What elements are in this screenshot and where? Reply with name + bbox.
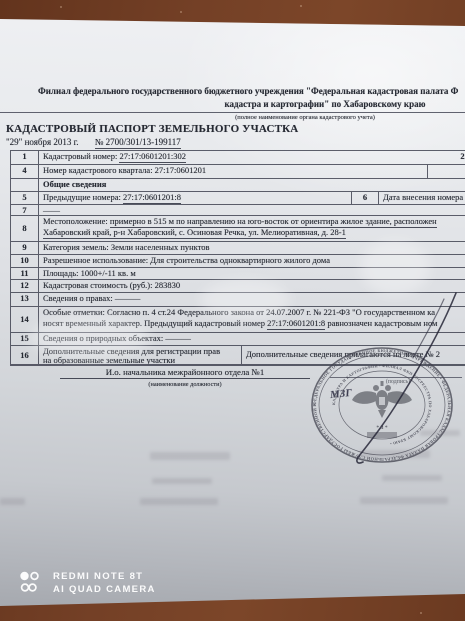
watermark-camera: AI QUAD CAMERA [53,584,156,595]
row-number: 9 [11,242,39,254]
previous-number-value: 27:17:0601201:8 [123,192,181,204]
cadastral-number-value: 27:17:0601201:302 [119,151,186,163]
table-row-1: 1 Кадастровый номер: 27:17:0601201:302 2 [11,151,465,165]
row-number: 13 [11,293,39,306]
org-name-underline [0,112,465,113]
bleed-through-smudge [420,430,460,436]
dash-cell: —— [39,205,465,215]
table-row-5: 5 Предыдущие номера: 27:17:0601201:8 6 Д… [11,192,465,205]
empty-cell [428,165,465,178]
bleed-through-smudge [0,498,25,505]
wood-speck [300,5,302,7]
quarter-number-cell: Номер кадастрового квартала: 27:17:06012… [39,165,428,178]
location-cell: Местоположение: примерно в 515 м по напр… [39,216,465,241]
row-number: 5 [11,192,39,204]
bleed-through-smudge [360,450,430,458]
table-row-8: 8 Местоположение: примерно в 515 м по на… [11,216,465,242]
row-number: 4 [11,165,39,178]
row-number: 1 [11,151,39,164]
faint-watermark-ghost [360,240,430,295]
org-name-caption: (полное наименование органа кадастрового… [150,114,460,121]
row-number: 11 [11,268,39,279]
bleed-through-smudge [382,475,442,481]
section-title: Общие сведения [39,179,465,191]
document-date: "29" ноября 2013 г. [6,137,79,147]
row-number-empty [11,179,39,191]
document-paper: Филиал федерального государственного бюд… [0,0,465,621]
document-title: КАДАСТРОВЫЙ ПАСПОРТ ЗЕМЕЛЬНОГО УЧАСТКА [6,123,298,135]
table-row-7: 7 —— [11,205,465,216]
row-number: 10 [11,255,39,267]
bleed-through-smudge [152,478,212,484]
document-number: № 2700/301/13-199117 [95,137,181,149]
table-row-4: 4 Номер кадастрового квартала: 27:17:060… [11,165,465,179]
watermark-brand: REDMI NOTE 8T [53,571,156,582]
stamp-smudge [367,432,397,438]
sheet-col-cell: 2 [444,151,465,164]
org-name-line1: Филиал федерального государственного бюд… [38,86,458,96]
previous-numbers-cell: Предыдущие номера: 27:17:0601201:8 [39,192,352,204]
wood-speck [60,6,62,8]
stamp-center-mark: * З * [376,425,387,431]
row-number: 16 [11,346,39,364]
wood-speck [180,11,182,13]
cadastral-number-cell: Кадастровый номер: 27:17:0601201:302 [39,151,444,164]
date-entered-cell: Дата внесения номера [379,192,465,204]
row-number: 8 [11,216,39,241]
row-number: 7 [11,205,39,215]
bleed-through-smudge [140,498,218,505]
bleed-through-smudge [150,452,230,460]
faint-watermark-ghost [30,315,150,360]
signer-position-caption: (наименование должности) [60,381,310,388]
camera-watermark: REDMI NOTE 8T AI QUAD CAMERA [19,570,156,595]
signer-position: И.о. начальника межрайонного отдела №1 [60,367,310,379]
quad-camera-icon [19,570,45,595]
row-number: 6 [352,192,379,204]
double-headed-eagle-icon [352,381,412,418]
table-section-row: Общие сведения [11,179,465,192]
bleed-through-smudge [360,497,448,504]
org-name-line2: кадастра и картографии" по Хабаровскому … [175,99,465,109]
faint-watermark-ghost [200,280,290,320]
row-number: 12 [11,280,39,292]
photo-of-document: { "colors":{"paper":"#e7e9ec","wood":"#6… [0,0,465,621]
wood-speck [420,612,422,614]
date-and-number-line: "29" ноября 2013 г. № 2700/301/13-199117 [6,137,181,147]
